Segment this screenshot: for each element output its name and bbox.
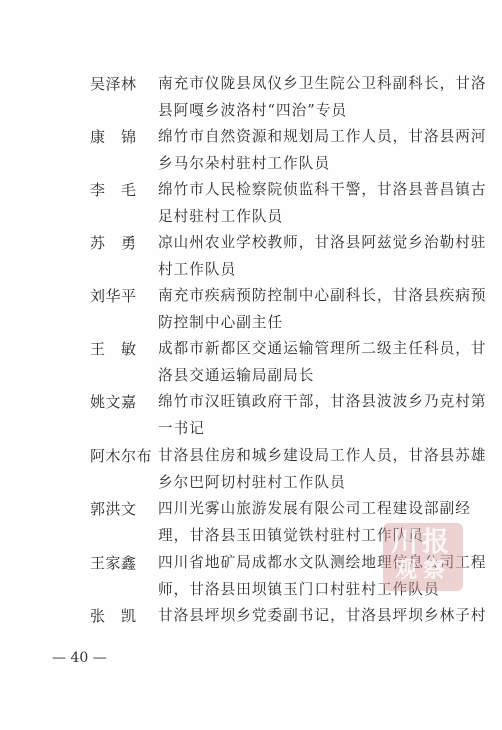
- description-line: 村工作队员: [158, 257, 480, 284]
- description-line: 一书记: [158, 416, 480, 443]
- description-line: 绵竹市人民检察院侦监科干警，甘洛县普昌镇古: [158, 177, 480, 204]
- person-description: 南充市仪陇县凤仪乡卫生院公卫科副科长，甘洛 县阿嘎乡波洛村“四治”专员: [158, 71, 480, 124]
- description-line: 四川光雾山旅游发展有限公司工程建设部副经: [158, 496, 480, 523]
- description-line: 足村驻村工作队员: [158, 204, 480, 231]
- person-name: 李 毛: [90, 177, 156, 204]
- person-name: 张 凯: [90, 603, 156, 630]
- description-line: 绵竹市自然资源和规划局工作人员，甘洛县两河: [158, 124, 480, 151]
- person-description: 绵竹市人民检察院侦监科干警，甘洛县普昌镇古 足村驻村工作队员: [158, 177, 480, 230]
- person-description: 凉山州农业学校教师，甘洛县阿兹觉乡治勒村驻 村工作队员: [158, 230, 480, 283]
- person-description: 甘洛县住房和城乡建设局工作人员，甘洛县苏雄 乡尔巴阿切村驻村工作队员: [158, 443, 480, 496]
- person-name: 王 敏: [90, 336, 156, 363]
- description-line: 绵竹市汉旺镇政府干部，甘洛县波波乡乃克村第: [158, 389, 480, 416]
- page-number: — 40 —: [52, 650, 107, 666]
- description-line: 南充市仪陇县凤仪乡卫生院公卫科副科长，甘洛: [158, 71, 480, 98]
- description-line: 甘洛县坪坝乡党委副书记，甘洛县坪坝乡林子村: [158, 603, 480, 630]
- person-name: 阿木尔布: [90, 443, 156, 470]
- person-name: 苏 勇: [90, 230, 156, 257]
- description-line: 防控制中心副主任: [158, 310, 480, 337]
- description-line: 南充市疾病预防控制中心副科长，甘洛县疾病预: [158, 283, 480, 310]
- description-line: 县阿嘎乡波洛村“四治”专员: [158, 98, 480, 125]
- person-name: 郭洪文: [90, 496, 156, 523]
- watermark-logo: 川报 观察: [383, 523, 463, 591]
- description-line: 乡尔巴阿切村驻村工作队员: [158, 470, 480, 497]
- watermark-text-bottom: 观察: [395, 560, 451, 582]
- description-line: 凉山州农业学校教师，甘洛县阿兹觉乡治勒村驻: [158, 230, 480, 257]
- person-description: 成都市新都区交通运输管理所二级主任科员，甘 洛县交通运输局副局长: [158, 336, 480, 389]
- person-description: 绵竹市自然资源和规划局工作人员，甘洛县两河 乡马尔朵村驻村工作队员: [158, 124, 480, 177]
- person-name: 刘华平: [90, 283, 156, 310]
- description-line: 洛县交通运输局副局长: [158, 363, 480, 390]
- person-description: 甘洛县坪坝乡党委副书记，甘洛县坪坝乡林子村: [158, 603, 480, 630]
- watermark-text-top: 川报: [391, 529, 453, 556]
- person-description: 绵竹市汉旺镇政府干部，甘洛县波波乡乃克村第 一书记: [158, 389, 480, 442]
- description-line: 乡马尔朵村驻村工作队员: [158, 151, 480, 178]
- person-name: 吴泽林: [90, 71, 156, 98]
- description-line: 甘洛县住房和城乡建设局工作人员，甘洛县苏雄: [158, 443, 480, 470]
- person-name: 王家鑫: [90, 550, 156, 577]
- document-page: 吴泽林 南充市仪陇县凤仪乡卫生院公卫科副科长，甘洛 县阿嘎乡波洛村“四治”专员 …: [0, 0, 502, 730]
- person-name: 康 锦: [90, 124, 156, 151]
- description-line: 成都市新都区交通运输管理所二级主任科员，甘: [158, 336, 480, 363]
- person-name: 姚文嘉: [90, 389, 156, 416]
- person-description: 南充市疾病预防控制中心副科长，甘洛县疾病预 防控制中心副主任: [158, 283, 480, 336]
